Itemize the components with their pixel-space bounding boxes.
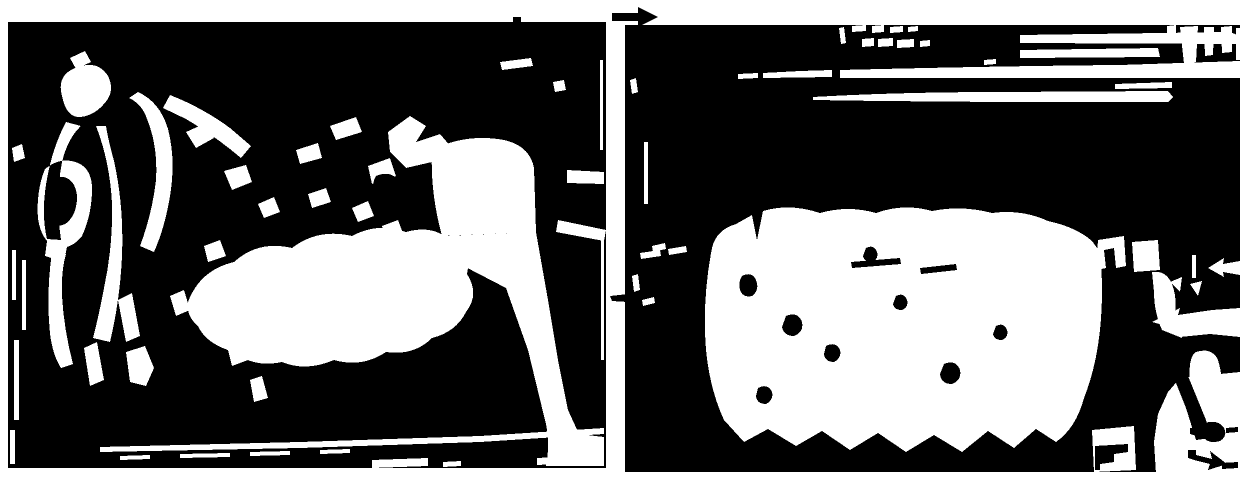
left-photo-panel [8,22,606,468]
right-arrow-icon [612,7,658,27]
figure-canvas [0,0,1240,482]
binarized-photo-pair [0,0,1240,482]
gap-dash-icon [610,294,628,302]
edge-speck [513,17,521,23]
right-photo-panel [625,25,1240,474]
